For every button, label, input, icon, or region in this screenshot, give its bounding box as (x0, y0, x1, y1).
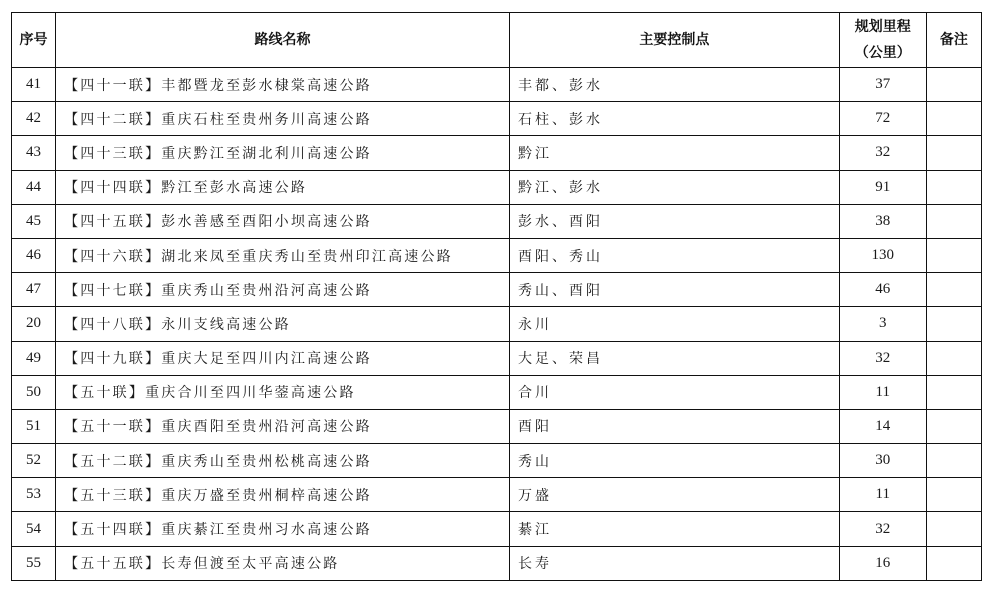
cell-planned-km: 11 (839, 478, 926, 512)
cell-planned-km: 11 (839, 375, 926, 409)
cell-note (926, 102, 981, 136)
cell-route-name: 【四十三联】重庆黔江至湖北利川高速公路 (56, 136, 510, 170)
cell-planned-km: 14 (839, 409, 926, 443)
header-note: 备注 (926, 13, 981, 68)
cell-route-name: 【五十一联】重庆酉阳至贵州沿河高速公路 (56, 409, 510, 443)
table-row: 45 【四十五联】彭水善感至酉阳小坝高速公路 彭水、酉阳 38 (12, 204, 982, 238)
table-row: 53 【五十三联】重庆万盛至贵州桐梓高速公路 万盛 11 (12, 478, 982, 512)
cell-planned-km: 46 (839, 273, 926, 307)
cell-no: 51 (12, 409, 56, 443)
cell-route-name: 【四十八联】永川支线高速公路 (56, 307, 510, 341)
cell-control-points: 綦江 (510, 512, 840, 546)
cell-planned-km: 37 (839, 68, 926, 102)
table-row: 46 【四十六联】湖北来凤至重庆秀山至贵州印江高速公路 酉阳、秀山 130 (12, 238, 982, 272)
table-row: 43 【四十三联】重庆黔江至湖北利川高速公路 黔江 32 (12, 136, 982, 170)
cell-planned-km: 32 (839, 136, 926, 170)
cell-control-points: 彭水、酉阳 (510, 204, 840, 238)
cell-note (926, 444, 981, 478)
cell-no: 50 (12, 375, 56, 409)
cell-route-name: 【五十三联】重庆万盛至贵州桐梓高速公路 (56, 478, 510, 512)
table-row: 44 【四十四联】黔江至彭水高速公路 黔江、彭水 91 (12, 170, 982, 204)
cell-planned-km: 38 (839, 204, 926, 238)
cell-route-name: 【五十五联】长寿但渡至太平高速公路 (56, 546, 510, 580)
table-row: 47 【四十七联】重庆秀山至贵州沿河高速公路 秀山、酉阳 46 (12, 273, 982, 307)
cell-planned-km: 72 (839, 102, 926, 136)
cell-route-name: 【五十四联】重庆綦江至贵州习水高速公路 (56, 512, 510, 546)
cell-note (926, 375, 981, 409)
header-route-name: 路线名称 (56, 13, 510, 68)
cell-control-points: 合川 (510, 375, 840, 409)
header-planned-km-line1: 规划里程 (840, 14, 926, 40)
cell-note (926, 409, 981, 443)
table-row: 50 【五十联】重庆合川至四川华蓥高速公路 合川 11 (12, 375, 982, 409)
cell-no: 46 (12, 238, 56, 272)
cell-route-name: 【五十二联】重庆秀山至贵州松桃高速公路 (56, 444, 510, 478)
table-body: 41 【四十一联】丰都暨龙至彭水棣棠高速公路 丰都、彭水 37 42 【四十二联… (12, 68, 982, 581)
table-row: 54 【五十四联】重庆綦江至贵州习水高速公路 綦江 32 (12, 512, 982, 546)
table-row: 52 【五十二联】重庆秀山至贵州松桃高速公路 秀山 30 (12, 444, 982, 478)
cell-no: 20 (12, 307, 56, 341)
expressway-plan-table: 序号 路线名称 主要控制点 规划里程 （公里） 备注 41 【四十一联】丰都暨龙… (11, 12, 982, 581)
header-control-points: 主要控制点 (510, 13, 840, 68)
cell-control-points: 酉阳、秀山 (510, 238, 840, 272)
cell-control-points: 酉阳 (510, 409, 840, 443)
cell-control-points: 秀山、酉阳 (510, 273, 840, 307)
cell-planned-km: 32 (839, 341, 926, 375)
cell-note (926, 204, 981, 238)
cell-note (926, 478, 981, 512)
cell-note (926, 546, 981, 580)
cell-no: 52 (12, 444, 56, 478)
table-row: 42 【四十二联】重庆石柱至贵州务川高速公路 石柱、彭水 72 (12, 102, 982, 136)
cell-planned-km: 30 (839, 444, 926, 478)
cell-planned-km: 3 (839, 307, 926, 341)
cell-planned-km: 130 (839, 238, 926, 272)
cell-route-name: 【四十六联】湖北来凤至重庆秀山至贵州印江高速公路 (56, 238, 510, 272)
header-planned-km: 规划里程 （公里） (839, 13, 926, 68)
cell-note (926, 273, 981, 307)
cell-route-name: 【四十四联】黔江至彭水高速公路 (56, 170, 510, 204)
cell-route-name: 【四十七联】重庆秀山至贵州沿河高速公路 (56, 273, 510, 307)
cell-no: 49 (12, 341, 56, 375)
cell-route-name: 【五十联】重庆合川至四川华蓥高速公路 (56, 375, 510, 409)
header-planned-km-unit: （公里） (840, 40, 926, 66)
cell-no: 45 (12, 204, 56, 238)
cell-control-points: 秀山 (510, 444, 840, 478)
table-row: 55 【五十五联】长寿但渡至太平高速公路 长寿 16 (12, 546, 982, 580)
cell-no: 53 (12, 478, 56, 512)
cell-no: 54 (12, 512, 56, 546)
cell-control-points: 丰都、彭水 (510, 68, 840, 102)
cell-control-points: 黔江、彭水 (510, 170, 840, 204)
cell-route-name: 【四十九联】重庆大足至四川内江高速公路 (56, 341, 510, 375)
table-row: 51 【五十一联】重庆酉阳至贵州沿河高速公路 酉阳 14 (12, 409, 982, 443)
cell-note (926, 170, 981, 204)
table-row: 41 【四十一联】丰都暨龙至彭水棣棠高速公路 丰都、彭水 37 (12, 68, 982, 102)
cell-planned-km: 32 (839, 512, 926, 546)
cell-no: 42 (12, 102, 56, 136)
cell-note (926, 136, 981, 170)
cell-control-points: 大足、荣昌 (510, 341, 840, 375)
cell-control-points: 万盛 (510, 478, 840, 512)
cell-control-points: 长寿 (510, 546, 840, 580)
table-row: 49 【四十九联】重庆大足至四川内江高速公路 大足、荣昌 32 (12, 341, 982, 375)
table-header-row: 序号 路线名称 主要控制点 规划里程 （公里） 备注 (12, 13, 982, 68)
cell-no: 43 (12, 136, 56, 170)
cell-route-name: 【四十二联】重庆石柱至贵州务川高速公路 (56, 102, 510, 136)
cell-route-name: 【四十五联】彭水善感至酉阳小坝高速公路 (56, 204, 510, 238)
cell-planned-km: 91 (839, 170, 926, 204)
cell-note (926, 512, 981, 546)
header-no: 序号 (12, 13, 56, 68)
cell-no: 47 (12, 273, 56, 307)
cell-note (926, 238, 981, 272)
cell-no: 41 (12, 68, 56, 102)
cell-control-points: 永川 (510, 307, 840, 341)
table-row: 20 【四十八联】永川支线高速公路 永川 3 (12, 307, 982, 341)
cell-planned-km: 16 (839, 546, 926, 580)
cell-control-points: 黔江 (510, 136, 840, 170)
cell-control-points: 石柱、彭水 (510, 102, 840, 136)
cell-no: 55 (12, 546, 56, 580)
cell-no: 44 (12, 170, 56, 204)
cell-note (926, 341, 981, 375)
cell-note (926, 307, 981, 341)
cell-route-name: 【四十一联】丰都暨龙至彭水棣棠高速公路 (56, 68, 510, 102)
cell-note (926, 68, 981, 102)
